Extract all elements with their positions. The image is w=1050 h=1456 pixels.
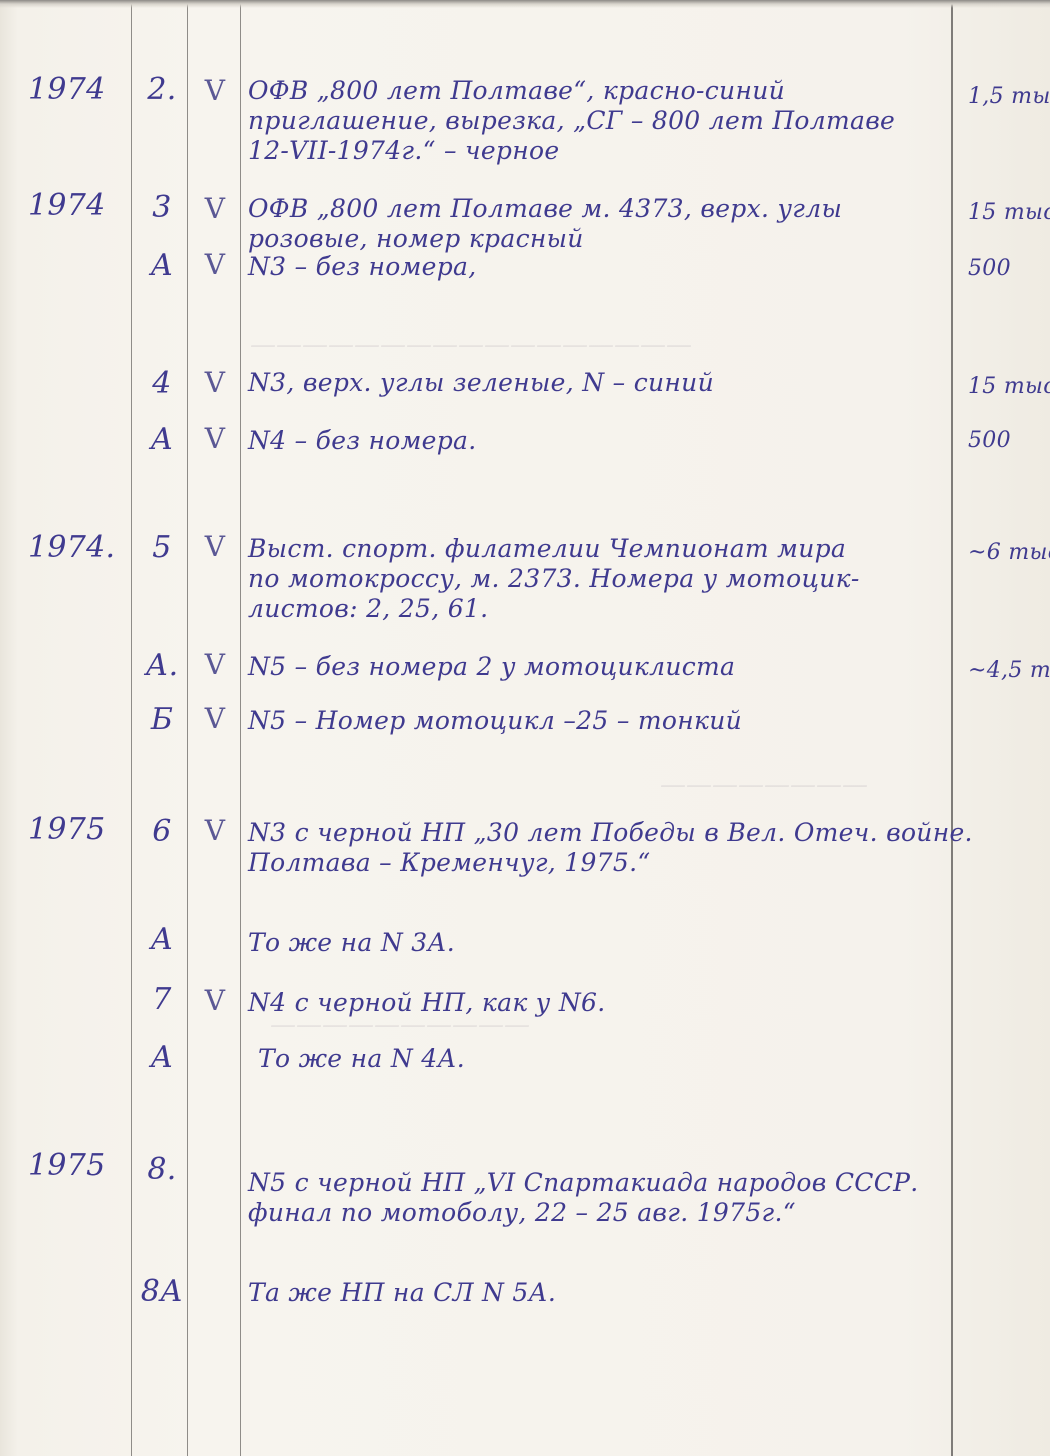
entry-number: 6 <box>140 814 184 849</box>
column-divider-year <box>131 0 132 1456</box>
entry-year: 1975 <box>28 1148 106 1183</box>
entry-quantity: 1,5 тыс <box>968 84 1050 109</box>
entry-description: N5 – без номера 2 у мотоциклиста <box>248 652 735 682</box>
entry-description: То же на N 4А. <box>258 1044 465 1074</box>
check-mark-icon: V <box>196 648 234 681</box>
check-mark-icon: V <box>196 366 234 399</box>
check-mark-icon: V <box>196 702 234 735</box>
entry-number: 4 <box>140 366 184 401</box>
bleed-through-text: ————————————————— <box>250 330 692 360</box>
entry-number: 3 <box>140 190 184 225</box>
entry-year: 1974. <box>28 530 115 565</box>
entry-description: ОФВ „800 лет Полтаве“, красно-синий приг… <box>248 76 895 166</box>
check-mark-icon: V <box>196 192 234 225</box>
entry-number: А <box>140 922 184 957</box>
check-mark-icon: V <box>196 422 234 455</box>
entry-year: 1974 <box>28 72 106 107</box>
check-mark-icon: V <box>196 814 234 847</box>
check-mark-icon: V <box>196 74 234 107</box>
entry-number: А <box>140 1040 184 1075</box>
entry-number: А. <box>140 648 184 683</box>
column-divider-number <box>187 0 188 1456</box>
entry-description: Та же НП на СЛ N 5А. <box>248 1278 556 1308</box>
entry-quantity: 500 <box>968 256 1011 281</box>
entry-number: А <box>140 422 184 457</box>
entry-quantity: 500 <box>968 428 1011 453</box>
entry-quantity: 15 тыс <box>968 374 1050 399</box>
column-divider-check <box>240 0 241 1456</box>
entry-quantity: ~4,5 тыс <box>968 658 1050 683</box>
entry-description: ОФВ „800 лет Полтаве м. 4373, верх. углы… <box>248 194 842 254</box>
entry-description: N5 с черной НП „VI Спартакиада народов С… <box>248 1168 919 1228</box>
bleed-through-text: ———————— <box>660 770 868 800</box>
entry-description: Выст. спорт. филателии Чемпионат мира по… <box>248 534 860 624</box>
entry-description: N3 – без номера, <box>248 252 477 282</box>
entry-number: 5 <box>140 530 184 565</box>
entry-year: 1975 <box>28 812 106 847</box>
ledger-page: ————————————————— ———————— —————————— 19… <box>0 0 1050 1456</box>
entry-quantity: 15 тыс <box>968 200 1050 225</box>
entry-year: 1974 <box>28 188 106 223</box>
entry-quantity: ~6 тыс <box>968 540 1050 565</box>
entry-number: 2. <box>140 72 184 107</box>
entry-number: А <box>140 248 184 283</box>
entry-description: N3, верх. углы зеленые, N – синий <box>248 368 714 398</box>
entry-description: То же на N 3А. <box>248 928 455 958</box>
column-divider-description <box>951 0 953 1456</box>
entry-description: N4 с черной НП, как у N6. <box>248 988 605 1018</box>
entry-description: N5 – Номер мотоцикл –25 – тонкий <box>248 706 742 736</box>
check-mark-icon: V <box>196 248 234 281</box>
entry-description: N3 с черной НП „30 лет Победы в Вел. Оте… <box>248 818 973 878</box>
entry-number: 7 <box>140 982 184 1017</box>
check-mark-icon: V <box>196 530 234 563</box>
entry-number: 8. <box>140 1152 184 1187</box>
entry-description: N4 – без номера. <box>248 426 477 456</box>
entry-number: Б <box>140 702 184 737</box>
check-mark-icon: V <box>196 984 234 1017</box>
entry-number: 8А <box>140 1274 184 1309</box>
